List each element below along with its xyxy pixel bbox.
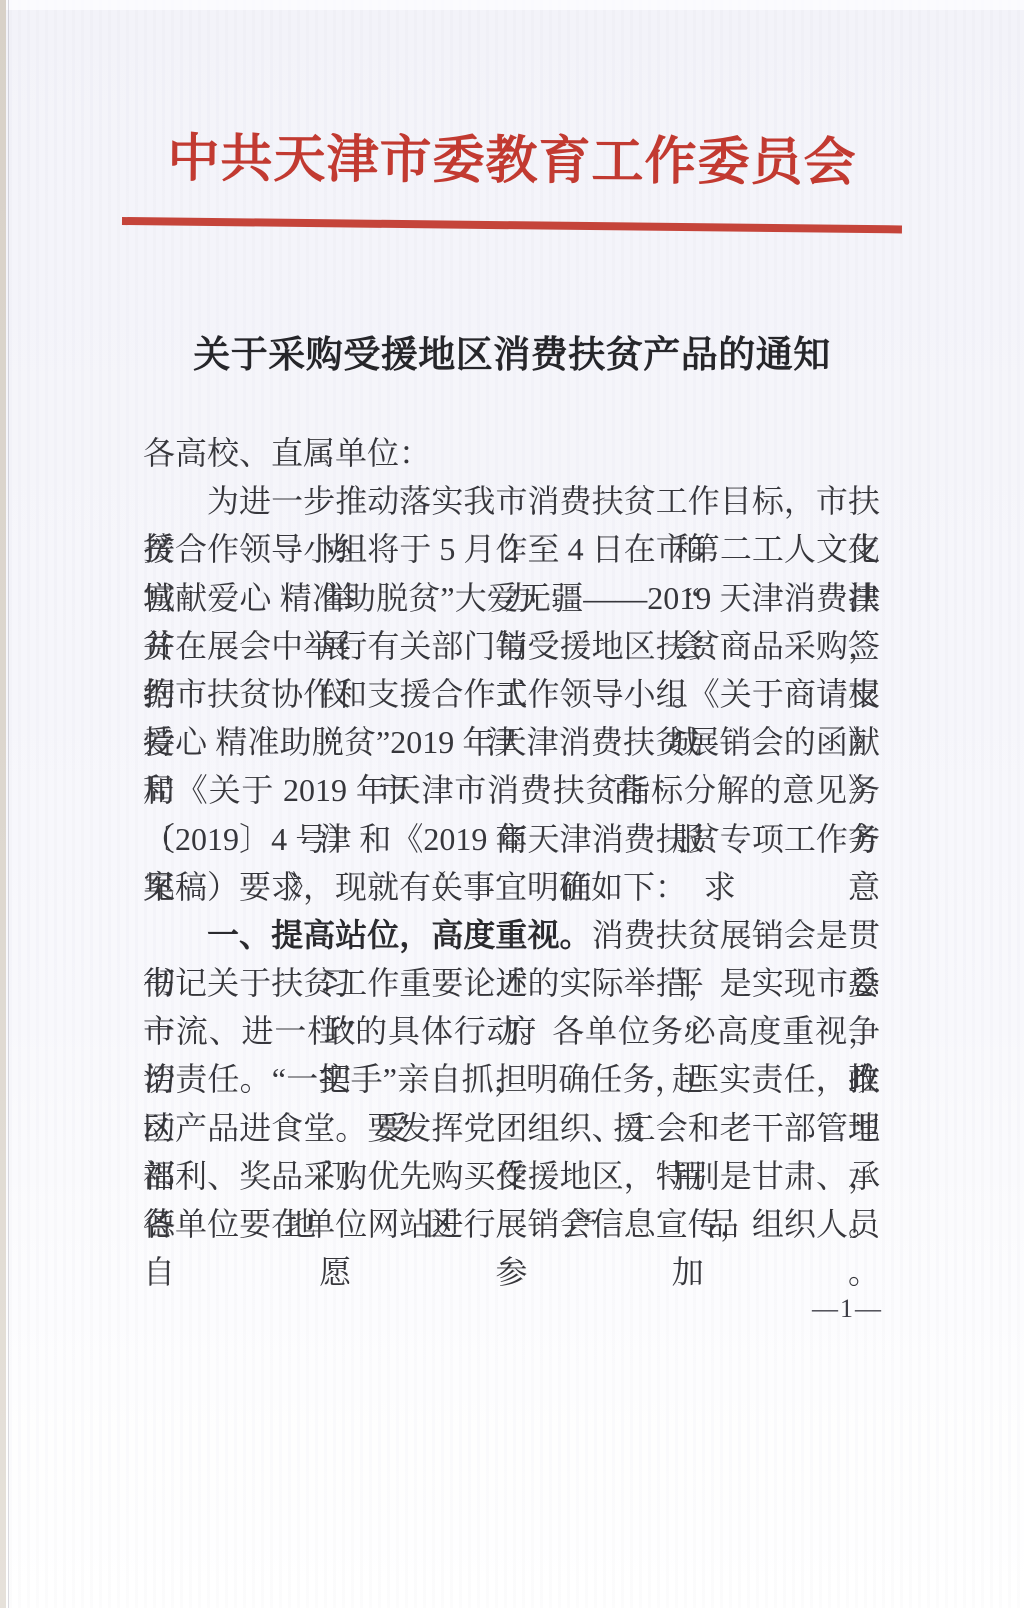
body-line: 爱心 精准助脱贫”2019 年天津消费扶贫展销会的函》和市商务 (143, 718, 880, 766)
section-1-heading: 一、提高站位，高度重视。 (207, 917, 592, 953)
scan-left-edge (0, 0, 6, 1608)
page-number: —1— (812, 1294, 883, 1324)
scan-top-edge (0, 0, 1024, 10)
body-line: 书记关于扶贫工作重要论述的实际举措，是实现市委市政府“争 (143, 959, 880, 1007)
body-line: 各单位要在单位网站进行展销会信息宣传，组织人员自愿参加。 (143, 1200, 880, 1248)
body-line: 城献爱心 精准助脱贫”大爱无疆——2019 天津消费扶贫展销会， (143, 574, 880, 622)
document-body: 各高校、直属单位： 为进一步推动落实我市消费扶贫工作目标，市扶贫协作和支 援合作… (143, 429, 880, 1248)
body-line: 治责任。“一把手”亲自抓，明确任务，压实责任，推动受援地 (143, 1055, 880, 1103)
body-line-section-1: 一、提高站位，高度重视。消费扶贫展销会是贯彻习近平总 (143, 911, 880, 959)
body-line: 局《关于 2019 年天津市消费扶贫指标分解的意见》（津商服务 (143, 766, 880, 814)
body-line: 并在展会中举行有关部门与受援地区扶贫商品采购签约仪式。根 (143, 622, 880, 670)
body-line: 〔2019〕4 号）和《2019 年天津消费扶贫专项工作方案》（征求意 (143, 815, 880, 863)
body-line: 福利、奖品采购优先购买受援地区，特别是甘肃、承德地区产品。 (143, 1152, 880, 1200)
body-line: 区产品进食堂。要发挥党团组织、工会和老干部管理部门作用， (143, 1104, 880, 1152)
body-line: 据市扶贫协作和支援合作工作领导小组《关于商请支持“津城献 (143, 670, 880, 718)
letterhead-org-name: 中共天津市委教育工作委员会 (0, 115, 1024, 196)
scan-left-edge-line (8, 0, 9, 1608)
document-title: 关于采购受援地区消费扶贫产品的通知 (0, 324, 1024, 378)
body-line: 援合作领导小组将于 5 月 2 至 4 日在市第二工人文化宫举办“津 (143, 525, 880, 573)
body-line: 为进一步推动落实我市消费扶贫工作目标，市扶贫协作和支 (143, 477, 880, 525)
salutation-line: 各高校、直属单位： (143, 429, 880, 477)
letterhead-divider (122, 217, 902, 233)
body-line: 一流、进一档”的具体行动。各单位务必高度重视，切实担起政 (143, 1007, 880, 1055)
scanned-document-page: 中共天津市委教育工作委员会 关于采购受援地区消费扶贫产品的通知 各高校、直属单位… (0, 0, 1024, 1608)
